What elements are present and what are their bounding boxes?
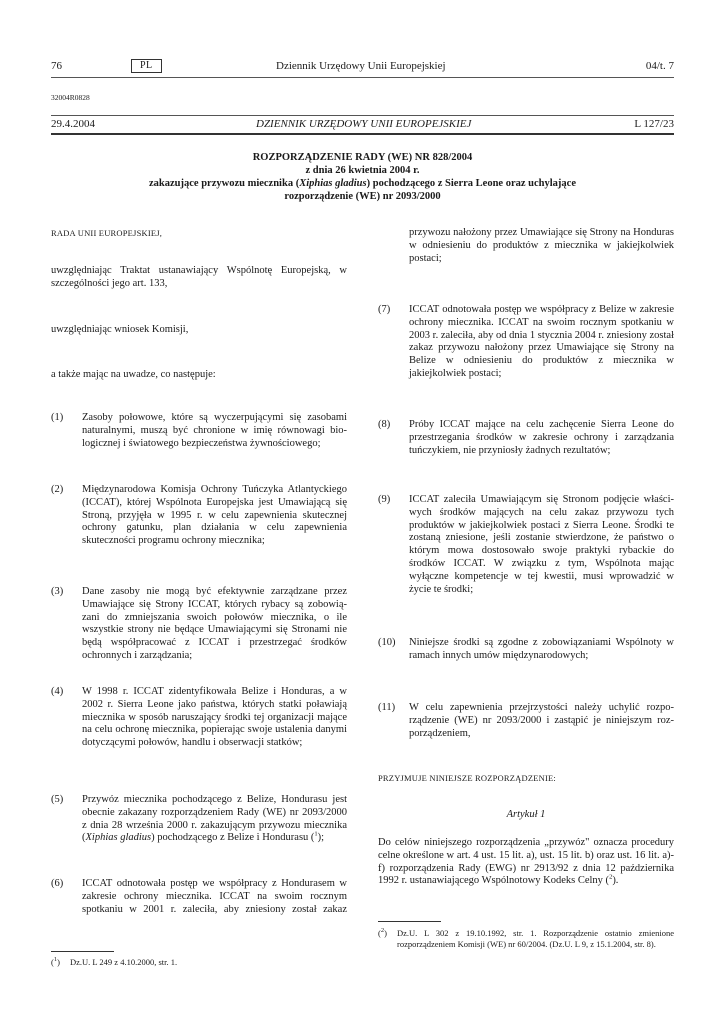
article-1-heading: Artykuł 1 [378,809,674,822]
whereas-intro: a także mając na uwadze, co następuje: [51,369,347,382]
footnote-rule-left [51,951,114,952]
citation-proposal: uwzględniając wniosek Komisji, [51,324,347,337]
recital-8: (8)Próby ICCAT mające na celu zachęcenie… [378,419,674,457]
footnote-rule-right [378,921,441,922]
citation-treaty: uwzględniając Traktat ustanawiający Wspó… [51,265,347,291]
recital-6-continued: przywozu nałożony przez Umawiające się S… [378,227,674,265]
footnote-2: (2)Dz.U. L 302 z 19.10.1992, str. 1. Roz… [378,928,674,949]
recital-10: (10)Niniejsze środki są zgodne z zobowią… [378,637,674,663]
recital-4: (4)W 1998 r. ICCAT zidentyfikowała Beliz… [51,686,347,750]
recital-9: (9)ICCAT zaleciła Umawiającym się Strono… [378,494,674,596]
recital-6: (6)ICCAT odnotowała postęp we współpracy… [51,878,347,916]
recital-3: (3)Dane zasoby nie mogą być efektywnie z… [51,586,347,663]
issuing-institution: RADA UNII EUROPEJSKIEJ, [51,227,347,240]
recital-1: (1)Zasoby połowowe, które są wyczerpując… [51,412,347,450]
enacting-formula: PRZYJMUJE NINIEJSZE ROZPORZĄDZENIE: [378,772,674,785]
recital-5: (5) Przywóz miecznika pochodzącego z Bel… [51,794,347,845]
left-column: RADA UNII EUROPEJSKIEJ, uwzględniając Tr… [51,0,347,1024]
footnote-1: (1)Dz.U. L 249 z 4.10.2000, str. 1. [51,957,347,968]
recital-7: (7)ICCAT odnotowała postęp we współpracy… [378,304,674,381]
recital-11: (11)W celu zapewnienia przejrzystości na… [378,702,674,740]
article-1-text: Do celów niniejszego rozporządzenia „prz… [378,837,674,888]
right-column: przywozu nałożony przez Umawiające się S… [378,0,674,1024]
recital-2: (2)Międzynarodowa Komisja Ochrony Tuńczy… [51,484,347,548]
